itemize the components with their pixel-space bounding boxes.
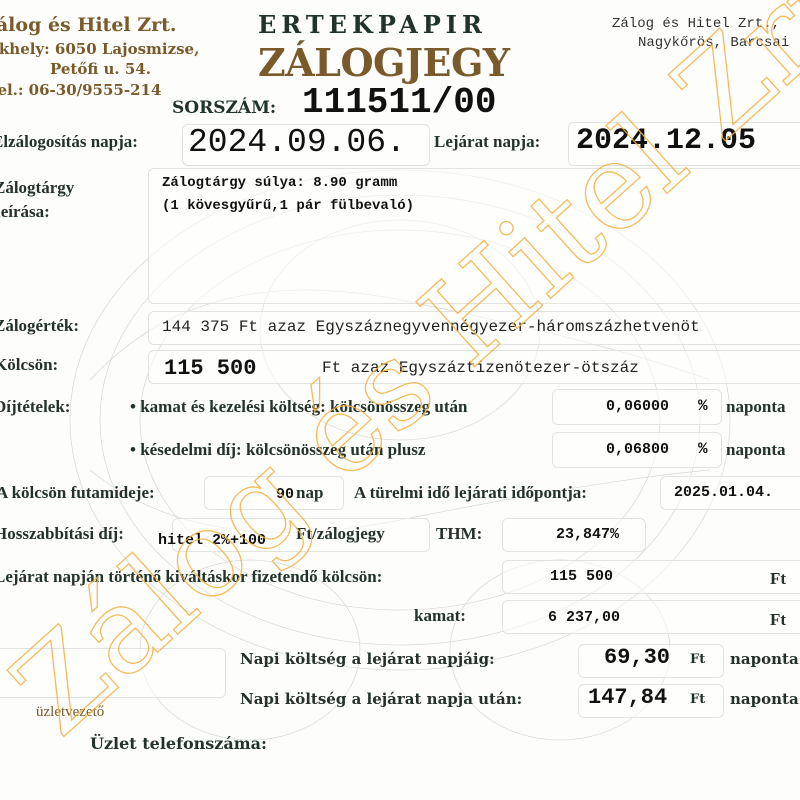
interest-fee-percent: % <box>698 397 708 415</box>
due-date-value: 2024.12.05 <box>576 124 756 158</box>
issuer-phone: Tel.: 06-30/9555-214 <box>0 81 161 99</box>
interest-fee-per-day: naponta <box>726 397 786 417</box>
redemption-interest-currency: Ft <box>770 610 786 630</box>
late-fee-label: • késedelmi díj: kölcsönösszeg után plus… <box>130 440 425 460</box>
daily-after-label: Napi költség a lejárat napja után: <box>240 690 522 708</box>
document-kicker: ERTEKPAPIR <box>258 10 487 39</box>
pledge-value-text: 144 375 Ft azaz Egyszáznegyvennégyezer-h… <box>162 318 700 336</box>
daily-until-per-day: naponta <box>730 650 799 668</box>
document-title: ZÁLOGJEGY <box>258 40 510 85</box>
extension-fee-label: Hosszabbítási díj: <box>0 524 124 544</box>
redemption-loan-label: Lejárat napján történő kiváltáskor fizet… <box>0 567 382 587</box>
pledge-date-label: Elzálogosítás napja: <box>0 132 138 152</box>
pledge-value-label: Zálogérték: <box>0 316 79 336</box>
redemption-interest-label: kamat: <box>414 606 466 626</box>
branch-line2: Nagykőrös, Barcsai <box>638 35 789 51</box>
item-desc-line2: (1 kövesgyűrű,1 pár fülbevaló) <box>162 198 414 214</box>
late-fee-value: 0,06800 <box>606 441 669 458</box>
interest-fee-label: • kamat és kezelési költség: kölcsönössz… <box>130 397 467 417</box>
term-days: 90 <box>276 486 294 503</box>
late-fee-percent: % <box>698 440 708 458</box>
issuer-address-line1: Székhely: 6050 Lajosmizse, <box>0 40 199 58</box>
item-desc-line1: Zálogtárgy súlya: 8.90 gramm <box>162 175 397 191</box>
extension-fee-unit: Ft/zálogjegy <box>296 524 385 544</box>
item-label-line1: Zálogtárgy <box>0 178 74 198</box>
due-date-label: Lejárat napja: <box>434 132 540 152</box>
fees-label: Díjtételek: <box>0 397 70 417</box>
thm-value: 23,847% <box>556 526 619 543</box>
redemption-interest-value: 6 237,00 <box>548 609 620 626</box>
interest-fee-value: 0,06000 <box>606 398 669 415</box>
grace-date-value: 2025.01.04. <box>674 484 773 501</box>
daily-until-value: 69,30 <box>604 645 670 670</box>
late-fee-per-day: naponta <box>726 440 786 460</box>
issuer-address-line2: Petőfi u. 54. <box>50 60 151 78</box>
signature-field <box>0 648 226 698</box>
redemption-loan-currency: Ft <box>770 569 786 589</box>
redemption-loan-field <box>502 560 800 594</box>
daily-until-label: Napi költség a lejárat napjáig: <box>240 650 495 668</box>
daily-after-per-day: naponta <box>730 690 799 708</box>
item-label-line2: leírása: <box>0 202 50 222</box>
thm-label: THM: <box>436 524 482 544</box>
grace-date-label: A türelmi idő lejárati időpontja: <box>354 483 587 503</box>
loan-text: Ft azaz Egyszáztizenötezer-ötszáz <box>322 359 639 377</box>
extension-fee-value: hitel 2%+100 <box>158 532 266 549</box>
branch-line1: Zálog és Hitel Zrt., <box>612 16 780 32</box>
pledge-date-value: 2024.09.06. <box>188 124 406 161</box>
daily-until-currency: Ft <box>690 652 705 667</box>
term-unit: nap <box>296 483 323 503</box>
shop-phone-label: Üzlet telefonszáma: <box>90 734 267 753</box>
redemption-interest-field <box>502 600 800 634</box>
loan-amount: 115 500 <box>164 356 256 381</box>
serial-label: SORSZÁM: <box>172 98 276 118</box>
manager-label: üzletvezető <box>36 704 104 721</box>
redemption-loan-value: 115 500 <box>550 568 613 585</box>
term-label: A kölcsön futamideje: <box>0 483 155 503</box>
daily-after-value: 147,84 <box>588 685 667 710</box>
daily-after-currency: Ft <box>690 692 705 707</box>
issuer-name: Zálog és Hitel Zrt. <box>0 14 177 36</box>
serial-number: 111511/00 <box>302 82 496 123</box>
loan-label: Kölcsön: <box>0 355 58 375</box>
